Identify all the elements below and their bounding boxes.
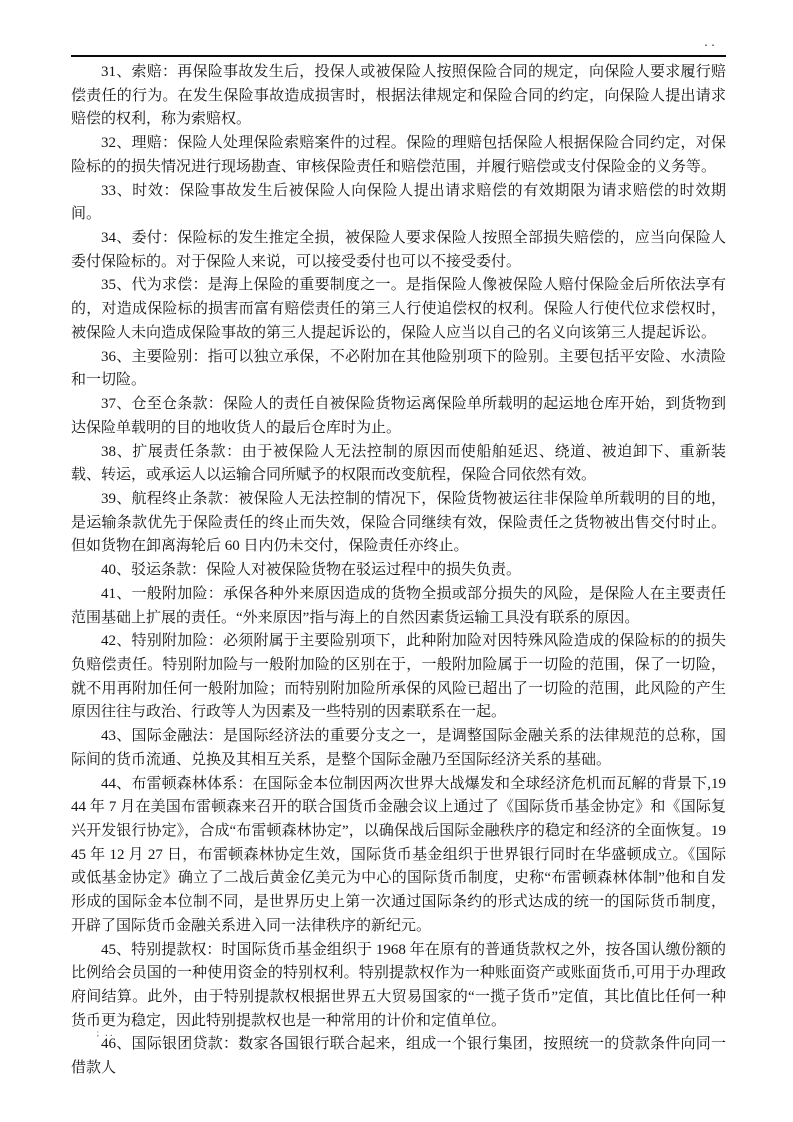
entry-term: 扩展责任条款： — [132, 444, 241, 460]
entry-number: 39、 — [101, 491, 132, 507]
entry-number: 41、 — [101, 586, 132, 602]
entry-number: 38、 — [101, 444, 132, 460]
entry-term: 特别附加险： — [132, 633, 224, 649]
glossary-entry: 36、主要险别：指可以独立承保，不必附加在其他险别项下的险别。主要包括平安险、水… — [71, 346, 726, 393]
glossary-entry: 35、代为求偿：是海上保险的重要制度之一。是指保险人像被保险人赔付保险金后所依法… — [71, 274, 726, 345]
entry-number: 45、 — [101, 942, 131, 958]
entry-number: 42、 — [101, 633, 132, 649]
glossary-entry: 31、索赔：再保险事故发生后，投保人或被保险人按照保险合同的规定，向保险人要求履… — [71, 61, 726, 132]
glossary-entry: 46、国际银团贷款：数家各国银行联合起来，组成一个银行集团，按照统一的贷款条件向… — [71, 1033, 726, 1080]
entry-term: 理赔： — [132, 135, 178, 151]
entry-term: 航程终止条款： — [132, 491, 239, 507]
entry-term: 国际金融法： — [132, 728, 224, 744]
entry-term: 索赔： — [132, 64, 178, 80]
glossary-entry: 40、驳运条款：保险人对被保险货物在驳运过程中的损失负责。 — [71, 559, 726, 583]
glossary-entry: 38、扩展责任条款：由于被保险人无法控制的原因而使船舶延迟、绕道、被迫卸下、重新… — [71, 441, 726, 488]
glossary-entry: 37、仓至仓条款：保险人的责任自被保险货物运离保险单所载明的起运地仓库开始，到货… — [71, 393, 726, 440]
entry-number: 46、 — [101, 1036, 132, 1052]
entry-number: 40、 — [101, 562, 131, 578]
entry-definition: 在国际金本位制因两次世界大战爆发和全球经济危机而瓦解的背景下,1944 年 7 … — [71, 776, 726, 934]
entry-number: 43、 — [101, 728, 132, 744]
glossary-entry: 33、时效：保险事故发生后被保险人向保险人提出请求赔偿的有效期限为请求赔偿的时效… — [71, 180, 726, 227]
entry-number: 34、 — [101, 230, 132, 246]
entry-term: 主要险别： — [132, 349, 208, 365]
entry-number: 35、 — [101, 277, 132, 293]
entry-number: 36、 — [101, 349, 132, 365]
glossary-entry: 44、布雷顿森林体系：在国际金本位制因两次世界大战爆发和全球经济危机而瓦解的背景… — [71, 773, 726, 939]
entry-number: 44、 — [101, 776, 131, 792]
glossary-entry: 45、特别提款权：时国际货币基金组织于 1968 年在原有的普通货款权之外，按各… — [71, 939, 726, 1034]
entry-number: 32、 — [101, 135, 132, 151]
glossary-entry: 32、理赔：保险人处理保险索赔案件的过程。保险的理赔包括保险人根据保险合同约定，… — [71, 132, 726, 179]
entry-number: 33、 — [101, 183, 132, 199]
entry-term: 特别提款权： — [131, 942, 221, 958]
header-rule — [71, 55, 726, 57]
header-page-mark: .. — [703, 38, 717, 49]
entry-term: 驳运条款： — [131, 562, 206, 578]
entry-definition: 保险人对被保险货物在驳运过程中的损失负责。 — [206, 562, 521, 578]
entry-term: 布雷顿森林体系： — [131, 776, 252, 792]
entry-term: 时效： — [132, 183, 179, 199]
glossary-entry: 43、国际金融法：是国际经济法的重要分支之一，是调整国际金融关系的法律规范的总称… — [71, 725, 726, 772]
entry-term: 仓至仓条款： — [132, 396, 224, 412]
entry-term: 一般附加险： — [132, 586, 224, 602]
entry-number: 37、 — [101, 396, 132, 412]
entry-term: 代为求偿： — [132, 277, 208, 293]
document-page: .. 31、索赔：再保险事故发生后，投保人或被保险人按照保险合同的规定，向保险人… — [0, 0, 793, 1122]
entry-term: 国际银团贷款： — [132, 1036, 239, 1052]
footer-smudge-mark: ；.. — [96, 1030, 114, 1038]
glossary-entry: 41、一般附加险：承保各种外来原因造成的货物全损或部分损失的风险，是保险人在主要… — [71, 583, 726, 630]
entry-term: 委付： — [132, 230, 178, 246]
glossary-entry: 34、委付：保险标的发生推定全损，被保险人要求保险人按照全部损失赔偿的，应当向保… — [71, 227, 726, 274]
entry-number: 31、 — [101, 64, 132, 80]
glossary-list: 31、索赔：再保险事故发生后，投保人或被保险人按照保险合同的规定，向保险人要求履… — [71, 61, 726, 1081]
glossary-entry: 42、特别附加险：必须附属于主要险别项下，此种附加险对因特殊风险造成的保险标的的… — [71, 630, 726, 725]
glossary-entry: 39、航程终止条款：被保险人无法控制的情况下，保险货物被运往非保险单所载明的目的… — [71, 488, 726, 559]
